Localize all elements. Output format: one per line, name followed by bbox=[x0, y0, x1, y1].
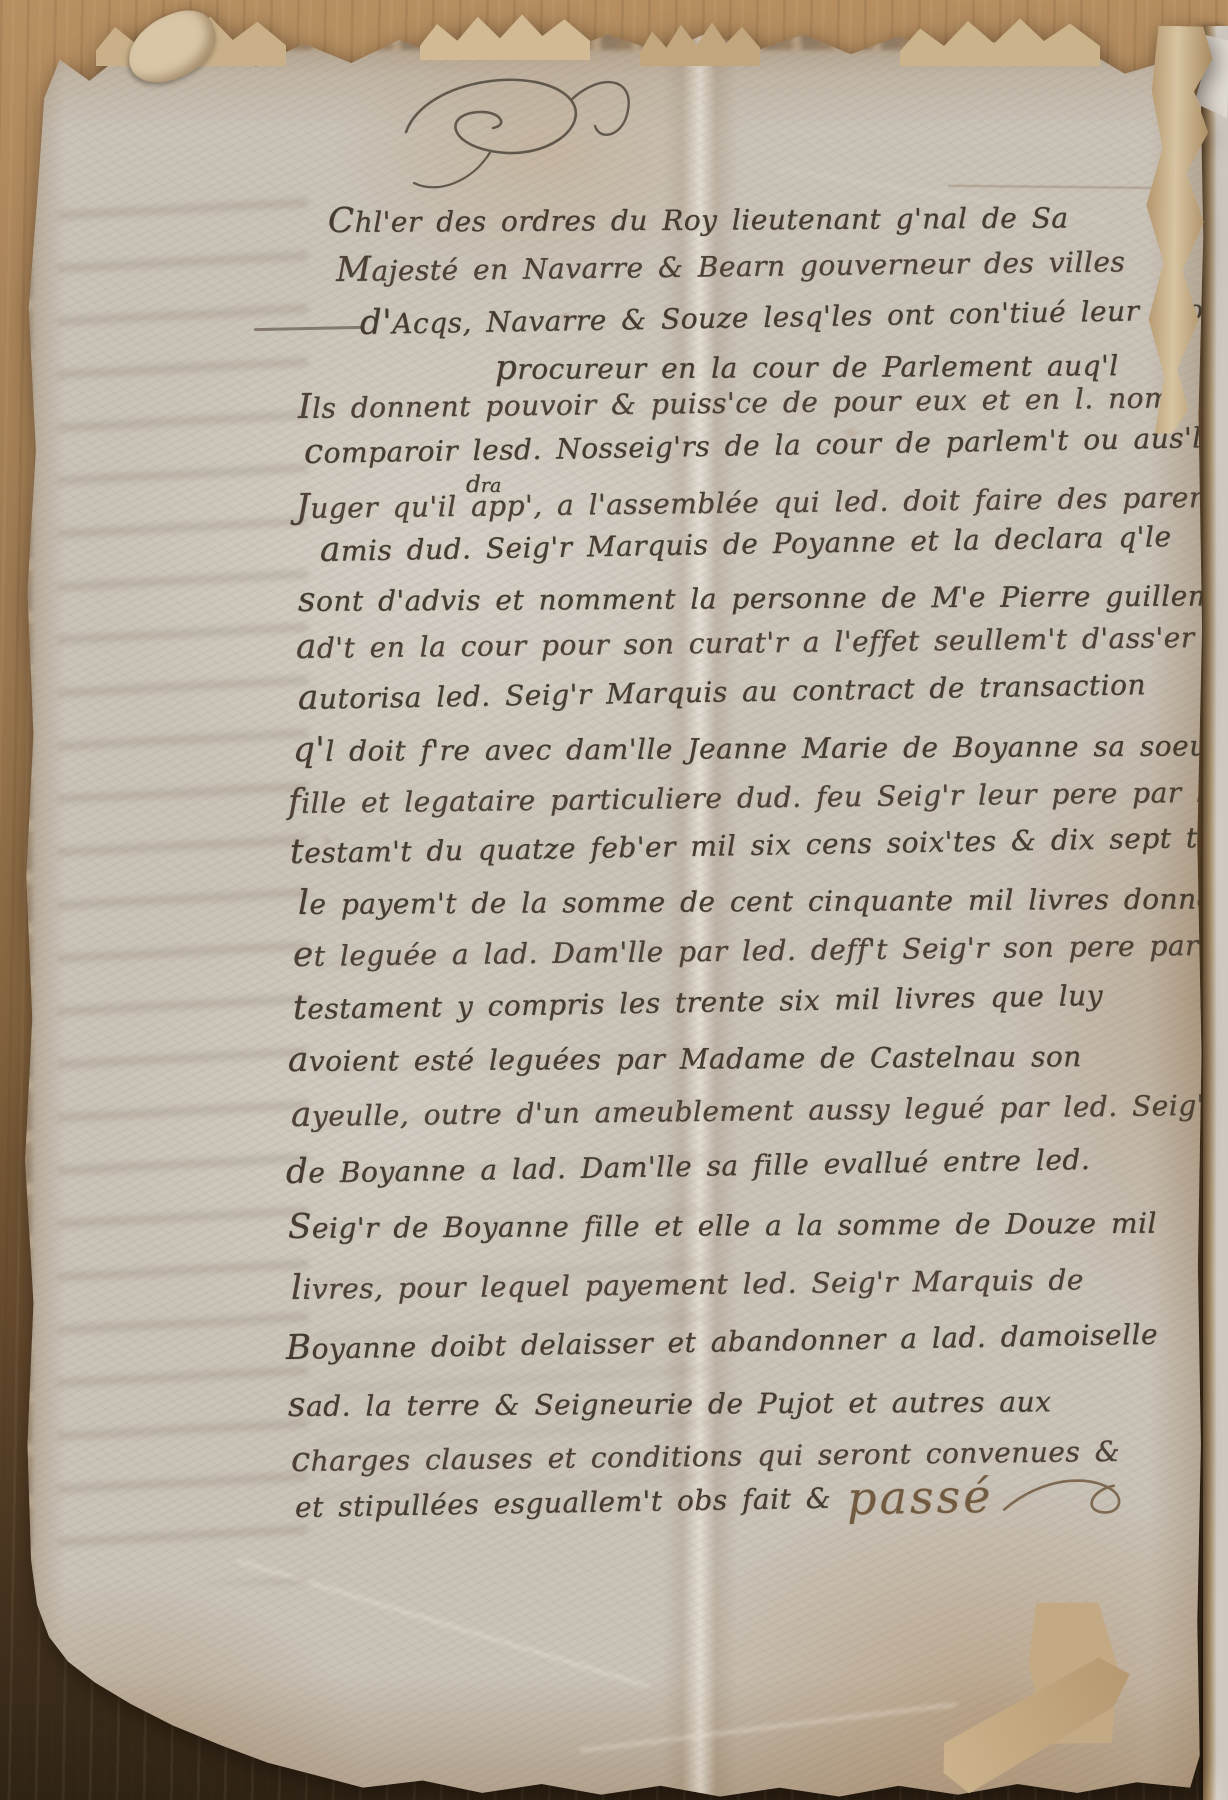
torn-edge-flap bbox=[420, 12, 590, 60]
manuscript-line: ad't en la cour pour son curat'r a l'eff… bbox=[296, 619, 1228, 666]
manuscript-line: autorisa led. Seig'r Marquis au contract… bbox=[298, 666, 1147, 717]
closing-line: et stipullées esguallem't obs fait & pas… bbox=[295, 1467, 1130, 1534]
closing-flourish-word: passé bbox=[847, 1473, 994, 1522]
torn-edge-flap bbox=[900, 16, 1100, 66]
manuscript-line: avoient esté leguées par Madame de Caste… bbox=[288, 1038, 1082, 1079]
closing-line-text: et stipullées esguallem't obs fait & bbox=[295, 1482, 832, 1525]
manuscript-line: procureur en la cour de Parlement auq'l bbox=[495, 347, 1119, 387]
worn-left-edge bbox=[18, 64, 32, 1733]
ink-flourish-icon bbox=[376, 62, 676, 194]
manuscript-line: fille et legataire particuliere dud. feu… bbox=[288, 774, 1223, 821]
wrinkle-highlight bbox=[579, 1703, 957, 1752]
wrinkle-highlight bbox=[237, 1559, 649, 1688]
manuscript-line: charges clauses et conditions qui seront… bbox=[291, 1433, 1120, 1479]
wrinkle-highlight bbox=[780, 168, 1106, 222]
manuscript-line: de Boyanne a lad. Dam'lle sa fille evall… bbox=[286, 1141, 1091, 1191]
manuscript-line: testament y compris les trente six mil l… bbox=[293, 977, 1104, 1027]
manuscript-line: Ils donnent pouvoir & puiss'ce de pour e… bbox=[298, 379, 1171, 426]
manuscript-line: et leguée a lad. Dam'lle par led. deff't… bbox=[293, 926, 1228, 974]
manuscript-line: ayeulle, outre d'un ameublement aussy le… bbox=[291, 1087, 1219, 1134]
paragraph-dash bbox=[254, 326, 362, 331]
manuscript-line: q'l doit f're avec dam'lle Jeanne Marie … bbox=[293, 727, 1222, 769]
manuscript-page: Chl'er des ordres du Roy lieutenant g'na… bbox=[18, 24, 1208, 1800]
interline-insertion: dra bbox=[466, 468, 501, 503]
photograph-of-manuscript: { "scene": { "description": "Photograph … bbox=[0, 0, 1228, 1800]
swash-icon bbox=[999, 1467, 1130, 1521]
manuscript-line: testam't du quatze feb'er mil six cens s… bbox=[290, 817, 1228, 871]
manuscript-line: Seig'r de Boyanne fille et elle a la som… bbox=[288, 1205, 1157, 1246]
verso-bleedthrough-column bbox=[58, 194, 308, 1584]
manuscript-line: Majesté en Navarre & Bearn gouverneur de… bbox=[336, 243, 1126, 289]
manuscript-page-wrapper: Chl'er des ordres du Roy lieutenant g'na… bbox=[0, 0, 1228, 1800]
manuscript-line: sad. la terre & Seigneurie de Pujot et a… bbox=[288, 1383, 1052, 1424]
manuscript-line: amis dud. Seig'r Marquis de Poyanne et l… bbox=[320, 518, 1172, 569]
manuscript-line: sont d'advis et nomment la personne de M… bbox=[298, 577, 1228, 619]
manuscript-line: d'Acqs, Navarre & Souze lesq'les ont con… bbox=[360, 291, 1228, 342]
manuscript-line: Boyanne doibt delaisser et abandonner a … bbox=[286, 1316, 1159, 1367]
vertical-fold-crease bbox=[663, 24, 737, 1800]
manuscript-line: livres, pour lequel payement led. Seig'r… bbox=[291, 1261, 1084, 1307]
manuscript-line: Juger qu'il app', a l'assemblée qui led.… bbox=[296, 478, 1228, 526]
manuscript-line: le payem't de la somme de cent cinquante… bbox=[298, 880, 1228, 922]
manuscript-line: comparoir lesd. Nosseig'rs de la cour de… bbox=[304, 419, 1202, 471]
torn-edge-flap bbox=[640, 20, 760, 66]
verso-bleedthrough-faint bbox=[318, 944, 708, 1504]
manuscript-line: Chl'er des ordres du Roy lieutenant g'na… bbox=[328, 199, 1069, 240]
